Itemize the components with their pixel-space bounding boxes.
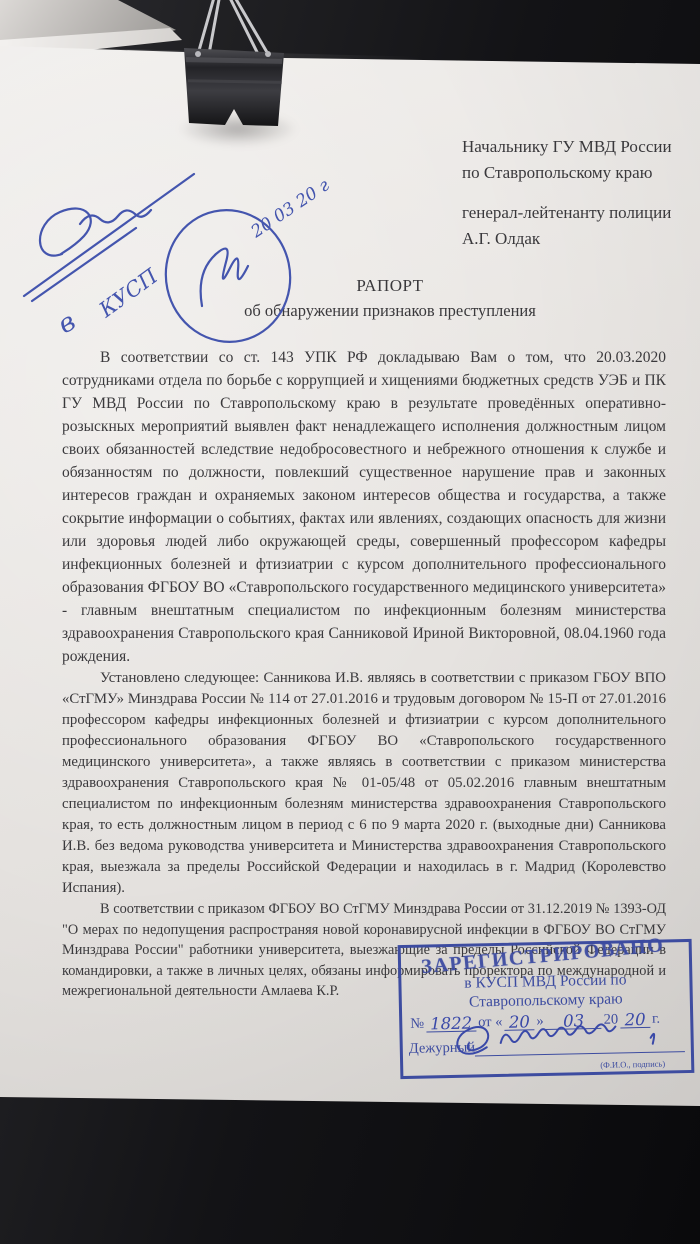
registration-stamp: ЗАРЕГИСТРИРОВАНО в КУСП МВД России по Ст… <box>398 939 695 1079</box>
circled-signature <box>201 249 248 306</box>
recipient-line: А.Г. Олдак <box>462 226 672 252</box>
stamp-fio-caption: (Ф.И.О., подпись) <box>600 1059 665 1070</box>
stamp-duty-row: Дежурный <box>402 1027 690 1058</box>
paragraph: Установлено следующее: Санникова И.В. яв… <box>62 668 666 899</box>
binder-clip-icon <box>170 0 300 148</box>
recipient-line: по Ставропольскому краю <box>462 160 672 186</box>
photo-background: Начальнику ГУ МВД России по Ставропольск… <box>0 0 700 1244</box>
recipient-line: Начальнику ГУ МВД России <box>462 134 672 160</box>
stamp-signature-line <box>475 1029 685 1056</box>
resolution-slash <box>24 174 194 296</box>
resolution-text-kusp: КУСП <box>94 264 163 323</box>
clip-wires <box>198 0 268 54</box>
handwritten-annotation: в КУСП 20 03 20 г <box>16 146 376 376</box>
resolution-text-v: в <box>53 307 80 341</box>
report-body: В соответствии со ст. 143 УПК РФ доклады… <box>62 346 666 1002</box>
stamp-number-label: № <box>408 1016 426 1033</box>
resolution-date: 20 03 20 г <box>247 175 334 243</box>
recipient-block: Начальнику ГУ МВД России по Ставропольск… <box>462 134 672 252</box>
paragraph: В соответствии со ст. 143 УПК РФ доклады… <box>62 346 666 668</box>
recipient-line: генерал-лейтенанту полиции <box>462 200 672 226</box>
resolution-flourish <box>40 209 91 256</box>
stamp-signature <box>428 1013 669 1062</box>
